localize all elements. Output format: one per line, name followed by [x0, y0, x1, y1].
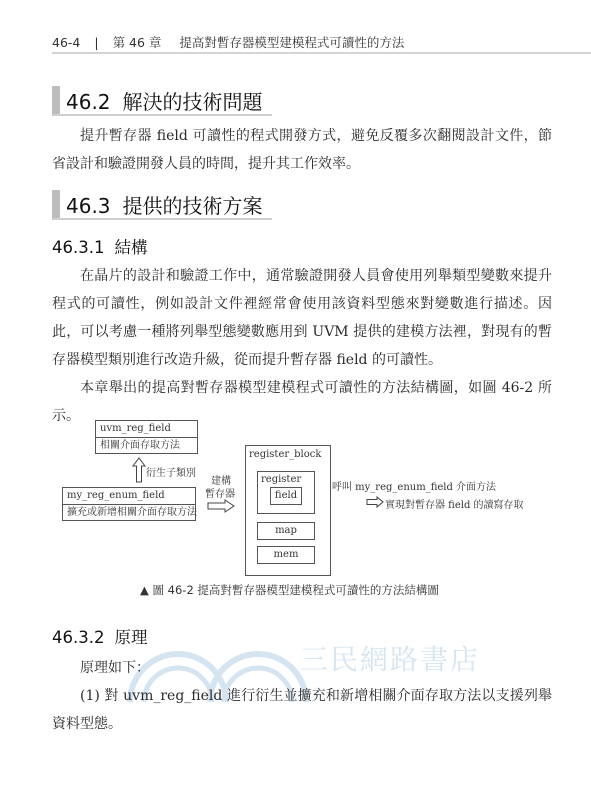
right-arrow-icon	[366, 496, 384, 508]
section-number: 46.3	[66, 194, 111, 218]
heading-bar	[52, 190, 60, 218]
subsection-title: 結構	[114, 238, 147, 257]
subsection-number: 46.3.2	[52, 628, 104, 647]
heading-bar	[52, 86, 60, 114]
class-name: uvm_reg_field	[96, 421, 197, 438]
up-arrow-icon	[132, 457, 146, 483]
section-number: 46.2	[66, 90, 111, 114]
section-46-2-body: 提升暫存器 field 可讀性的程式開發方式，避免反覆多次翻閱設計文件，節省設計…	[52, 122, 552, 178]
build-label-2: 暫存器	[205, 485, 235, 500]
paragraph: 提升暫存器 field 可讀性的程式開發方式，避免反覆多次翻閱設計文件，節省設計…	[52, 122, 552, 178]
section-46-3-2-body: 原理如下： (1) 對 uvm_reg_field 進行衍生並擴充和新增相關介面…	[52, 654, 552, 738]
field-label: field	[275, 490, 297, 501]
paragraph: (1) 對 uvm_reg_field 進行衍生並擴充和新增相關介面存取方法以支…	[52, 682, 552, 738]
uvm-reg-field-box: uvm_reg_field 相關介面存取方法	[95, 420, 198, 454]
class-desc: 相關介面存取方法	[96, 438, 197, 454]
register-block-label: register_block	[249, 449, 321, 460]
section-title: 提供的技術方案	[123, 194, 263, 218]
paragraph: 在晶片的設計和驗證工作中，通常驗證開發人員會使用列舉類型變數來提升程式的可讀性，…	[52, 262, 552, 374]
right-arrow-icon	[207, 499, 235, 513]
figure-caption: ▲ 圖 46-2 提高對暫存器模型建模程式可讀性的方法結構圖	[140, 582, 439, 598]
field-box: field	[270, 487, 302, 505]
chapter-title: 提高對暫存器模型建模程式可讀性的方法	[179, 35, 404, 50]
subsection-number: 46.3.1	[52, 238, 104, 257]
running-header: 46-4 | 第 46 章 提高對暫存器模型建模程式可讀性的方法	[52, 33, 552, 53]
class-name: my_reg_enum_field	[63, 488, 195, 505]
register-box: register field	[257, 471, 315, 514]
derive-label: 衍生子類別	[146, 464, 196, 479]
header-separator: |	[94, 35, 98, 50]
map-box: map	[257, 522, 315, 540]
section-title: 解決的技術問題	[123, 90, 263, 114]
register-block-box: register_block register field map mem	[245, 445, 331, 576]
section-46-3-1-body: 在晶片的設計和驗證工作中，通常驗證開發人員會使用列舉類型變數來提升程式的可讀性，…	[52, 262, 552, 430]
result-label: 實現對暫存器 field 的讀寫存取	[385, 496, 524, 511]
mem-box: mem	[257, 546, 315, 564]
call-label: 呼叫 my_reg_enum_field 介面方法	[332, 478, 496, 493]
page-number: 46-4	[52, 35, 80, 50]
header-rule	[52, 52, 591, 54]
my-reg-enum-field-box: my_reg_enum_field 擴充或新增相關介面存取方法	[62, 487, 196, 521]
class-desc: 擴充或新增相關介面存取方法	[63, 505, 195, 521]
map-label: map	[275, 525, 297, 536]
heading-rule	[52, 114, 272, 116]
subsection-heading-46-3-2: 46.3.2原理	[52, 624, 147, 648]
chapter-label: 第 46 章	[113, 35, 162, 50]
caption-marker: ▲	[140, 583, 149, 597]
register-label: register	[261, 474, 301, 485]
paragraph: 原理如下：	[52, 654, 552, 682]
caption-text: 圖 46-2 提高對暫存器模型建模程式可讀性的方法結構圖	[153, 583, 439, 597]
mem-label: mem	[274, 549, 299, 560]
subsection-title: 原理	[114, 628, 147, 647]
heading-rule	[52, 218, 272, 220]
subsection-heading-46-3-1: 46.3.1結構	[52, 234, 147, 258]
